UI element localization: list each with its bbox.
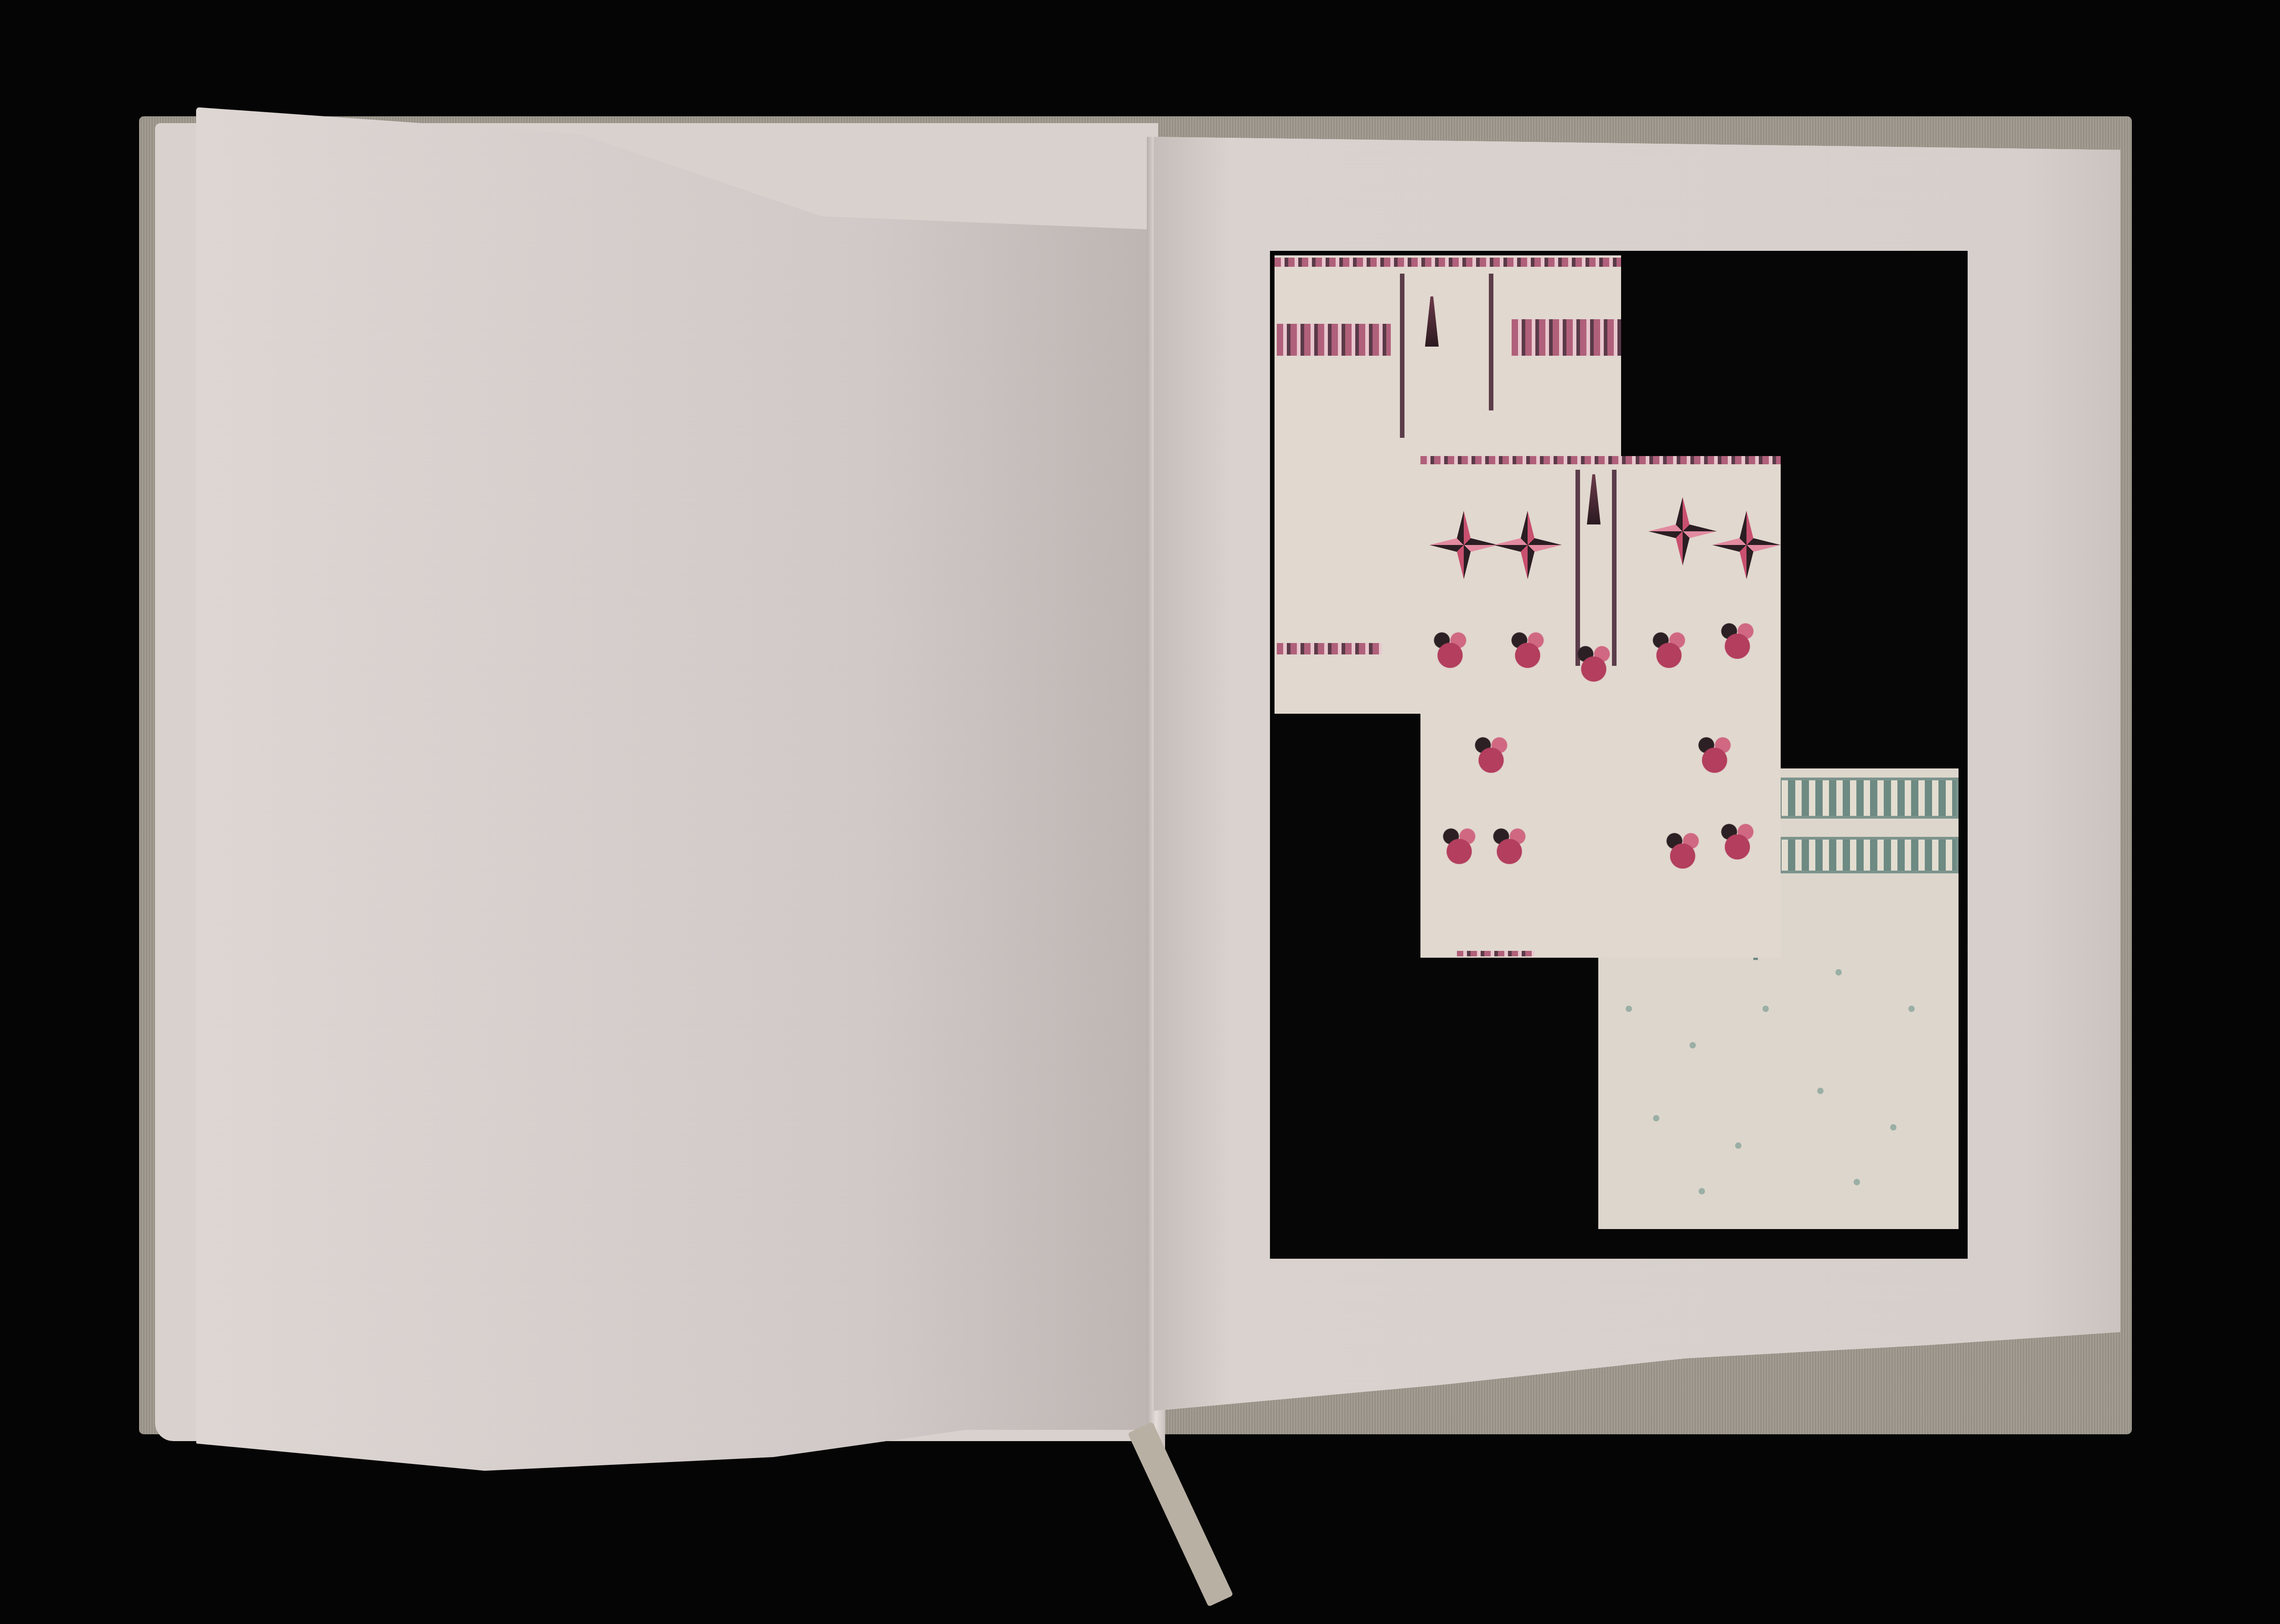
dot [1854,1179,1860,1185]
dot [1908,1006,1915,1012]
dot [1890,1124,1897,1131]
dot [1653,1115,1659,1121]
star-motif [1648,497,1717,566]
placket-right [1489,274,1493,410]
tassel-icon [1425,296,1439,347]
star-motif [1493,511,1562,579]
dot [1735,1142,1741,1149]
left-page-blank [196,107,1158,1471]
grape-motif [1694,725,1735,775]
grape-motif [1648,620,1689,670]
grape-motif [1573,634,1614,684]
shoulder-band-left [1277,324,1391,356]
star-motif [1430,511,1498,579]
hem-band [1457,951,1534,956]
green-band-2 [1772,837,1959,873]
dot [1699,1188,1705,1194]
grape-motif [1439,816,1480,866]
hem-band [1277,643,1382,654]
tassel-icon [1587,474,1601,524]
grape-motif [1430,620,1471,670]
collar-band [1420,456,1781,464]
dot [1626,1006,1632,1012]
dot [1689,1042,1696,1048]
dot [1817,1088,1824,1094]
grape-motif [1489,816,1530,866]
grape-motif [1662,821,1703,871]
dot [1762,1006,1769,1012]
star-motif [1712,511,1781,579]
grape-motif [1717,812,1758,862]
collar-band [1275,258,1621,267]
grape-motif [1717,611,1758,661]
shirt-front-center [1420,456,1781,958]
placket-left [1400,274,1404,438]
grape-motif [1507,620,1548,670]
dot [1835,969,1842,975]
bookmark-ribbon [1128,1422,1233,1607]
grape-motif [1471,725,1512,775]
green-band-1 [1772,778,1959,819]
shoulder-band-right [1512,319,1621,356]
